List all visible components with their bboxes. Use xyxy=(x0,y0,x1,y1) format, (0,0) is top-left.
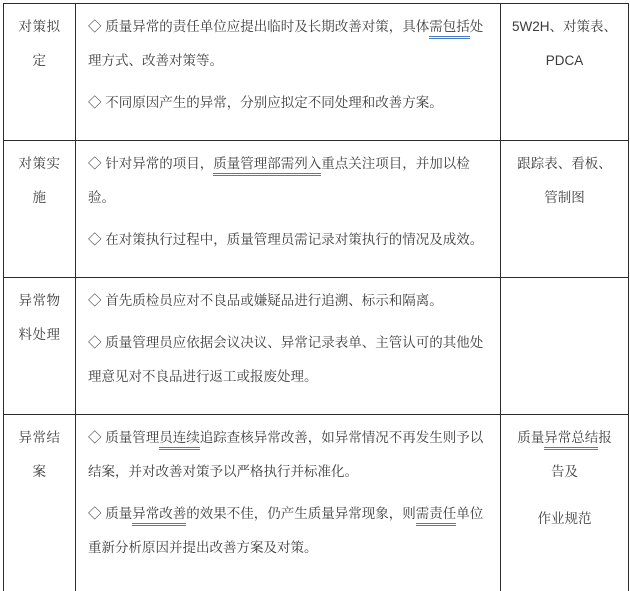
table-row: 异常结案 ◇ 质量管理员连续追踪查核异常改善，如异常情况不再发生则予以结案，并对… xyxy=(4,415,629,591)
description-cell: ◇ 首先质检员应对不良品或嫌疑品进行追溯、标示和隔离。◇ 质量管理员应依据会议决… xyxy=(76,278,501,415)
grammar-underlined-text: 质量管理部需列入 xyxy=(213,156,321,176)
tools-cell xyxy=(501,278,629,415)
diamond-bullet-icon: ◇ xyxy=(88,19,105,34)
description-cell: ◇ 针对异常的项目，质量管理部需列入重点关注项目，并加以检验。◇ 在对策执行过程… xyxy=(76,141,501,278)
grammar-underlined-text: 需责任 xyxy=(416,506,457,526)
text-segment: 不同原因产生的异常，分别应拟定不同处理和改善方案。 xyxy=(105,95,443,110)
procedure-item: ◇ 质量管理员连续追踪查核异常改善，如异常情况不再发生则予以结案，并对改善对策予… xyxy=(88,421,491,489)
grammar-underlined-text: 异常总结 xyxy=(544,430,598,450)
procedure-item: ◇ 在对策执行过程中，质量管理员需记录对策执行的情况及成效。 xyxy=(88,223,491,257)
description-cell: ◇ 质量异常的责任单位应提出临时及长期改善对策，具体需包括处理方式、改善对策等。… xyxy=(76,4,501,141)
grammar-underlined-text: 异常改善 xyxy=(132,506,186,526)
tools-cell: 跟踪表、看板、管制图 xyxy=(501,141,629,278)
stage-cell: 异常物料处理 xyxy=(4,278,76,415)
tool-item: 跟踪表、看板、管制图 xyxy=(511,147,618,215)
tool-item: 作业规范 xyxy=(511,502,618,536)
procedure-item: ◇ 质量管理员应依据会议决议、异常记录表单、主管认可的其他处理意见对不良品进行返… xyxy=(88,326,491,394)
text-segment: 质量管理 xyxy=(105,430,159,445)
text-segment: 质量异常的责任单位应提出临时及长期改善对策，具体 xyxy=(105,19,429,34)
diamond-bullet-icon: ◇ xyxy=(88,95,105,110)
diamond-bullet-icon: ◇ xyxy=(88,232,105,247)
diamond-bullet-icon: ◇ xyxy=(88,506,105,521)
procedure-item: ◇ 质量异常改善的效果不佳，仍产生质量异常现象，则需责任单位重新分析原因并提出改… xyxy=(88,497,491,565)
procedure-item: ◇ 首先质检员应对不良品或嫌疑品进行追溯、标示和隔离。 xyxy=(88,284,491,318)
text-segment: 首先质检员应对不良品或嫌疑品进行追溯、标示和隔离。 xyxy=(105,293,443,308)
description-cell: ◇ 质量管理员连续追踪查核异常改善，如异常情况不再发生则予以结案，并对改善对策予… xyxy=(76,415,501,591)
stage-cell: 对策拟定 xyxy=(4,4,76,141)
table-row: 对策拟定 ◇ 质量异常的责任单位应提出临时及长期改善对策，具体需包括处理方式、改… xyxy=(4,4,629,141)
tools-cell: 5W2H、对策表、PDCA xyxy=(501,4,629,141)
table-body: 对策拟定 ◇ 质量异常的责任单位应提出临时及长期改善对策，具体需包括处理方式、改… xyxy=(4,4,629,591)
quality-procedure-table: 对策拟定 ◇ 质量异常的责任单位应提出临时及长期改善对策，具体需包括处理方式、改… xyxy=(3,3,629,591)
text-segment: 在对策执行过程中，质量管理员需记录对策执行的情况及成效。 xyxy=(105,232,483,247)
text-segment: 质量 xyxy=(517,430,544,445)
text-segment: 作业规范 xyxy=(538,511,592,526)
diamond-bullet-icon: ◇ xyxy=(88,293,105,308)
text-segment: 5W2H、对策表、PDCA xyxy=(512,19,617,68)
text-segment: 质量管理员应依据会议决议、异常记录表单、主管认可的其他处理意见对不良品进行返工或… xyxy=(88,335,483,384)
diamond-bullet-icon: ◇ xyxy=(88,156,105,171)
diamond-bullet-icon: ◇ xyxy=(88,335,105,350)
table-row: 对策实施 ◇ 针对异常的项目，质量管理部需列入重点关注项目，并加以检验。◇ 在对… xyxy=(4,141,629,278)
stage-cell: 对策实施 xyxy=(4,141,76,278)
procedure-item: ◇ 质量异常的责任单位应提出临时及长期改善对策，具体需包括处理方式、改善对策等。 xyxy=(88,10,491,78)
tool-item: 质量异常总结报告及 xyxy=(511,421,618,489)
document-page: 对策拟定 ◇ 质量异常的责任单位应提出临时及长期改善对策，具体需包括处理方式、改… xyxy=(0,0,630,591)
tools-cell: 质量异常总结报告及作业规范 xyxy=(501,415,629,591)
table-row: 异常物料处理 ◇ 首先质检员应对不良品或嫌疑品进行追溯、标示和隔离。◇ 质量管理… xyxy=(4,278,629,415)
stage-cell: 异常结案 xyxy=(4,415,76,591)
text-segment: 针对异常的项目， xyxy=(105,156,213,171)
text-segment: 的效果不佳，仍产生质量异常现象，则 xyxy=(186,506,416,521)
grammar-underlined-text: 员连续 xyxy=(159,430,200,450)
tool-item: 5W2H、对策表、PDCA xyxy=(511,10,618,78)
diamond-bullet-icon: ◇ xyxy=(88,430,105,445)
procedure-item: ◇ 不同原因产生的异常，分别应拟定不同处理和改善方案。 xyxy=(88,86,491,120)
text-segment: 质量 xyxy=(105,506,132,521)
procedure-item: ◇ 针对异常的项目，质量管理部需列入重点关注项目，并加以检验。 xyxy=(88,147,491,215)
text-segment: 跟踪表、看板、管制图 xyxy=(517,156,612,205)
grammar-underlined-text: 需包括 xyxy=(429,19,470,39)
